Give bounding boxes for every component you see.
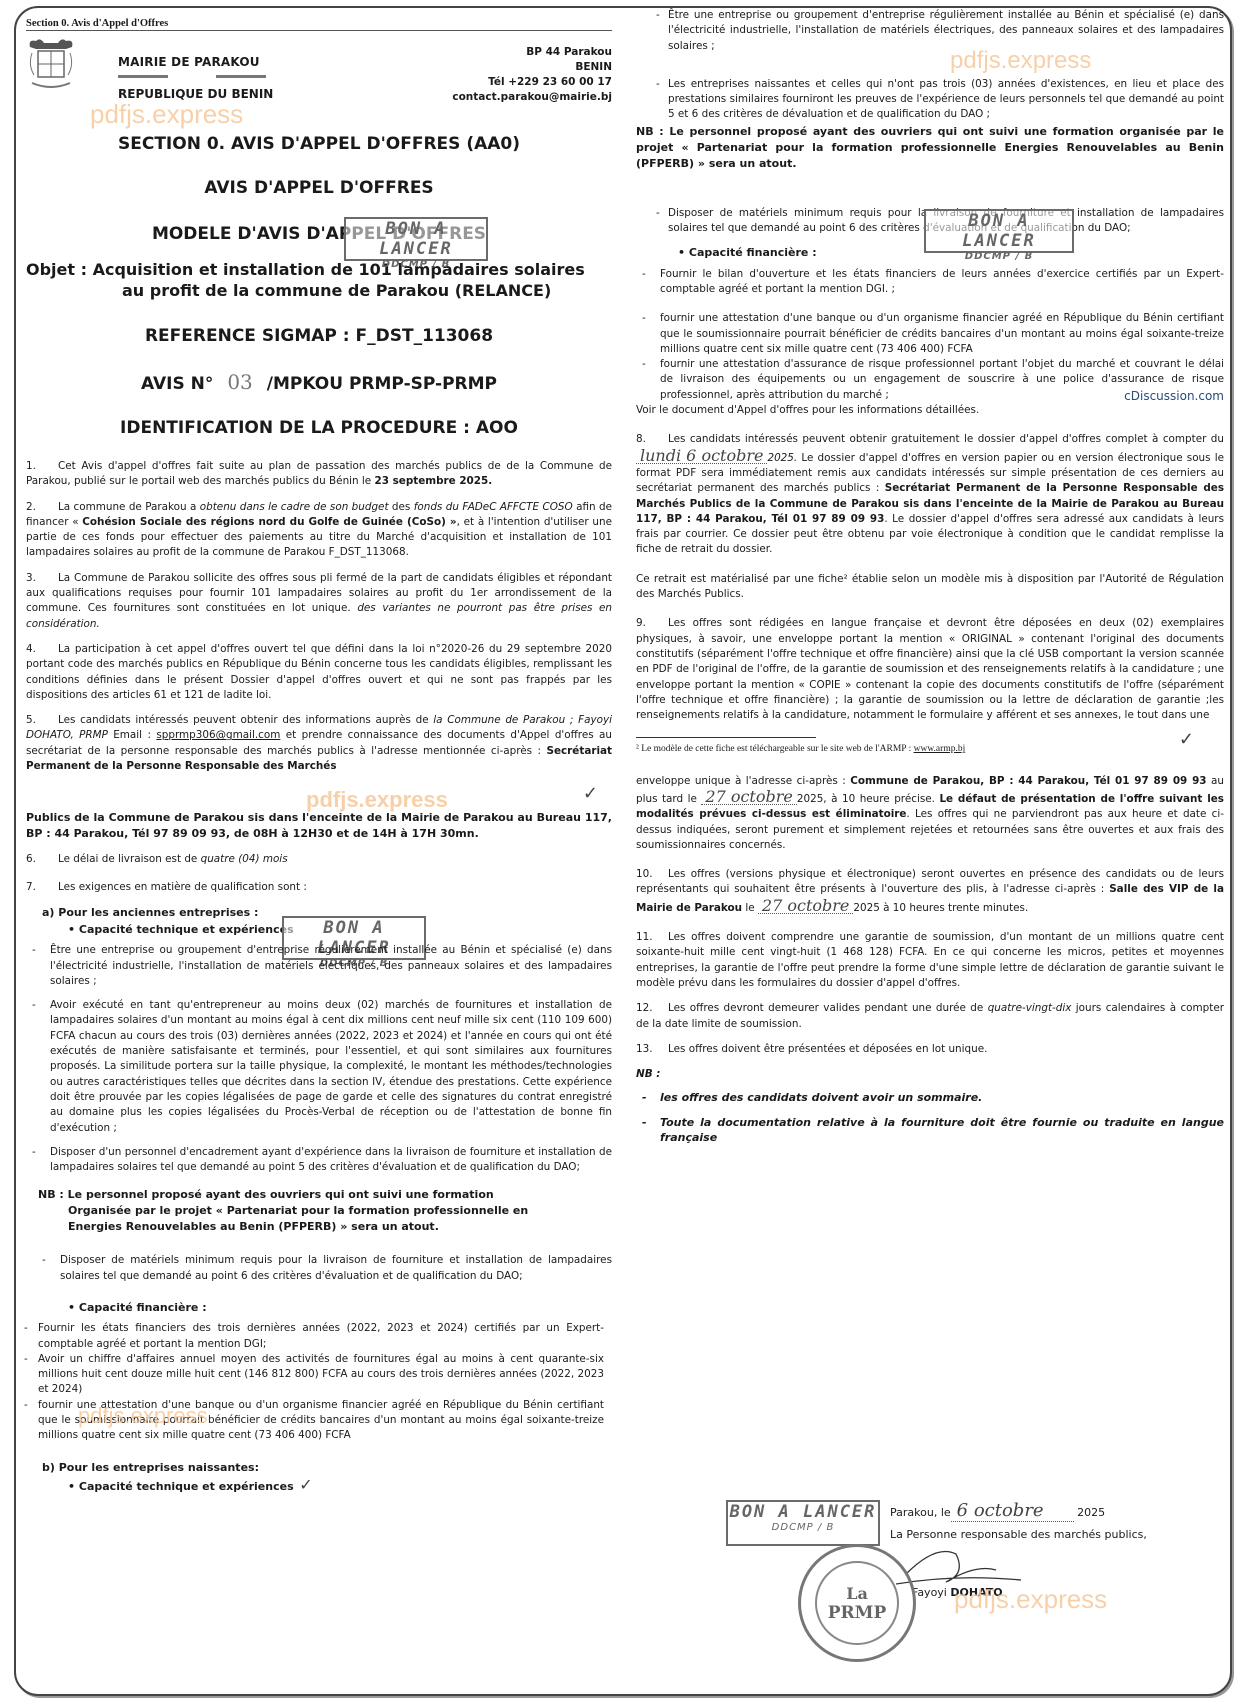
coat-of-arms-icon [26, 37, 76, 93]
signature-year: 2025 [1077, 1506, 1105, 1519]
paragraph-text: enveloppe unique à l'adresse ci-après : [636, 775, 850, 787]
paragraph-text: Les offres sont rédigées en langue franç… [636, 617, 1224, 721]
handwritten-deadline: 27 octobre [701, 789, 796, 805]
contact-email: contact.parakou@mairie.bj [452, 90, 612, 105]
subsection-b: b) Pour les entreprises naissantes: [42, 1460, 612, 1475]
letterhead: MAIRIE DE PARAKOU REPUBLIQUE DU BENIN BP… [26, 31, 612, 113]
paragraph-text: Cet Avis d'appel d'offres fait suite au … [26, 460, 612, 487]
footnote: ² Le modèle de cette fiche est télécharg… [636, 742, 1224, 757]
voir-document-note: Voir le document d'Appel d'offres pour l… [636, 403, 1224, 418]
paragraph-text: 2025 à 10 heures trente minutes. [853, 902, 1028, 914]
paragraph-number: 5. [26, 713, 58, 728]
modele-title: MODELE D'AVIS D'APPEL D'OFFRES BON A LAN… [26, 223, 612, 245]
paragraph-2: 2.La commune de Parakou a obtenu dans le… [26, 500, 612, 561]
bullet-text: Capacité technique et expériences [79, 1480, 294, 1493]
stamp-subtext: DDCMP / B [728, 1522, 878, 1533]
checkmark-icon: ✓ [1179, 732, 1194, 747]
paragraph-number: 2. [26, 500, 58, 515]
stamp-text: BON A LANCER [346, 219, 486, 259]
retrait-note: Ce retrait est matérialisé par une fiche… [636, 572, 1224, 603]
paragraph-7: 7.Les exigences en matière de qualificat… [26, 880, 612, 895]
nb-note: NB : Le personnel proposé ayant des ouvr… [636, 124, 1224, 172]
bon-a-lancer-stamp: BON A LANCER DDCMP / B [726, 1500, 880, 1546]
seal-text: La [846, 1584, 868, 1603]
nb-item: Toute la documentation relative à la fou… [636, 1115, 1224, 1146]
delivery-delay: quatre (04) mois [201, 853, 288, 865]
paragraph-9-continued: enveloppe unique à l'adresse ci-après : … [636, 774, 1224, 853]
paragraph-text: des [389, 501, 414, 513]
contact-block: BP 44 Parakou BENIN Tél +229 23 60 00 17… [452, 45, 612, 105]
bullet-text: Capacité financière : [689, 246, 817, 259]
paragraph-text: 2025, à 10 heure précise. [797, 793, 940, 805]
paragraph-5: 5.Les candidats intéressés peuvent obten… [26, 713, 612, 774]
nb-line: Energies Renouvelables au Benin (PFPERB)… [38, 1219, 612, 1235]
paragraph-12: 12.Les offres devront demeurer valides p… [636, 1001, 1224, 1032]
financial-item: fournir une attestation d'une banque ou … [636, 311, 1224, 357]
checkmark-icon: ✓ [583, 786, 598, 802]
nb-label: NB : [636, 1067, 1224, 1082]
seal-text: PRMP [828, 1603, 887, 1623]
paragraph-text: Le délai de livraison est de [58, 853, 201, 865]
validity-duration: quatre-vingt-dix [988, 1002, 1072, 1014]
paragraph-text: Les candidats intéressés peuvent obtenir… [668, 433, 1224, 445]
signature-block: BON A LANCER DDCMP / B Parakou, le6 octo… [726, 1492, 1216, 1692]
handwritten-signature-date: 6 octobre [951, 1500, 1074, 1522]
stamp-text: BON A LANCER [728, 1502, 878, 1522]
address-text: Commune de Parakou, BP : 44 Parakou, Tél… [850, 775, 1206, 787]
paragraph-number: 3. [26, 571, 58, 586]
paragraph-text: Les offres doivent comprendre une garant… [636, 931, 1224, 989]
paragraph-text: La commune de Parakou a [58, 501, 200, 513]
avis-number-prefix: AVIS N° [141, 374, 213, 394]
paragraph-text: La participation à cet appel d'offres ou… [26, 643, 612, 701]
divider [118, 75, 168, 78]
mairie-name: MAIRIE DE PARAKOU [118, 55, 260, 69]
paragraph-number: 10. [636, 867, 668, 882]
paragraph-text: obtenu dans le cadre de son budget [200, 501, 389, 513]
paragraph-11: 11.Les offres doivent comprendre une gar… [636, 930, 1224, 991]
bon-a-lancer-stamp: BON A LANCER DDCMP / B [924, 209, 1074, 253]
bullet-capacite-financiere: • Capacité financière : BON A LANCER DDC… [678, 245, 1224, 260]
paragraph-number: 13. [636, 1042, 668, 1057]
paragraph-text: Email : [108, 729, 157, 741]
paragraph-number: 1. [26, 459, 58, 474]
watermark: cDiscussion.com [1124, 389, 1224, 404]
bullet-capacite-technique: • Capacité technique et expériences BON … [68, 922, 612, 937]
checkmark-icon: ✓ [294, 1475, 313, 1494]
requirement-item: Disposer de matériels minimum requis pou… [36, 1253, 612, 1284]
bullet-capacite-financiere: • Capacité financière : [68, 1300, 612, 1315]
email-link[interactable]: spprmp306@gmail.com [156, 729, 280, 741]
requirement-item: Être une entreprise ou groupement d'entr… [26, 943, 612, 989]
avis-number: AVIS N°03/MPKOU PRMP-SP-PRMP [26, 371, 612, 395]
paragraph-text: le [742, 902, 758, 914]
program-name: Cohésion Sociale des régions nord du Gol… [82, 516, 456, 528]
republique-name: REPUBLIQUE DU BENIN [118, 87, 273, 101]
requirement-item: Être une entreprise ou groupement d'entr… [650, 8, 1224, 54]
nb-line: NB : Le personnel proposé ayant des ouvr… [38, 1188, 494, 1201]
paragraph-text: Les offres devront demeurer valides pend… [668, 1002, 988, 1014]
address-text: Publics de la Commune de Parakou sis dan… [26, 811, 612, 840]
bullet-text: Capacité technique et expériences [79, 923, 294, 936]
paragraph-number: 9. [636, 616, 668, 631]
footnote-text: ² Le modèle de cette fiche est télécharg… [636, 744, 914, 754]
section-title: SECTION 0. AVIS D'APPEL D'OFFRES (AA0) [26, 133, 612, 155]
bullet-text: Capacité financière : [79, 1301, 207, 1314]
signatory-name: Fayoyi DOHATO [912, 1586, 1003, 1599]
paragraph-text: Les offres doivent être présentées et dé… [668, 1043, 987, 1055]
paragraph-text: Les candidats intéressés peuvent obtenir… [58, 714, 433, 726]
contact-bp: BP 44 Parakou [452, 45, 612, 60]
financial-item: Avoir un chiffre d'affaires annuel moyen… [18, 1352, 604, 1398]
paragraph-4: 4.La participation à cet appel d'offres … [26, 642, 612, 703]
paragraph-text: fonds du FADeC AFFCTE COSO [414, 501, 573, 513]
footnote-divider [636, 737, 816, 738]
stamp-subtext: DDCMP / B [346, 259, 486, 270]
paragraph-8: 8.Les candidats intéressés peuvent obten… [636, 432, 1224, 557]
requirement-item: Avoir exécuté en tant qu'entrepreneur au… [26, 998, 612, 1136]
requirement-item: Les entreprises naissantes et celles qui… [650, 77, 1224, 123]
stamp-text: BON A LANCER [926, 211, 1072, 251]
procedure-title: IDENTIFICATION DE LA PROCEDURE : AOO [26, 417, 612, 439]
objet: Objet : Acquisition et installation de 1… [26, 259, 612, 301]
right-column: Être une entreprise ou groupement d'entr… [636, 8, 1224, 1154]
handwritten-date: lundi 6 octobre [636, 448, 767, 464]
nb-line: Organisée par le projet « Partenariat po… [38, 1203, 612, 1219]
paragraph-5-continued: Publics de la Commune de Parakou sis dan… [26, 810, 612, 842]
signatory-first-name: Fayoyi [912, 1586, 950, 1599]
signatory-last-name: DOHATO [950, 1586, 1002, 1599]
paragraph-13: 13.Les offres doivent être présentées et… [636, 1042, 1224, 1057]
reference-sigmap: REFERENCE SIGMAP : F_DST_113068 [26, 325, 612, 347]
bullet-capacite-technique-b: • Capacité technique et expériences ✓ [68, 1477, 612, 1494]
paragraph-number: 6. [26, 852, 58, 867]
bon-a-lancer-stamp: BON A LANCER DDCMP / B [344, 217, 488, 261]
stamp-subtext: DDCMP / B [926, 251, 1072, 262]
avis-title: AVIS D'APPEL D'OFFRES [26, 177, 612, 199]
paragraph-1: 1.Cet Avis d'appel d'offres fait suite a… [26, 459, 612, 490]
armp-link[interactable]: www.armp.bj [914, 744, 966, 754]
contact-country: BENIN [452, 60, 612, 75]
left-column: Section 0. Avis d'Appel d'Offres MAIRIE … [26, 18, 612, 1500]
publication-date: 23 septembre 2025. [375, 475, 493, 487]
paragraph-number: 11. [636, 930, 668, 945]
paragraph-10: 10.Les offres (versions physique et élec… [636, 867, 1224, 916]
signature-place: Parakou, le [890, 1506, 951, 1519]
objet-line-2: au profit de la commune de Parakou (RELA… [26, 280, 612, 301]
financial-item: fournir une attestation d'une banque ou … [18, 1398, 604, 1444]
contact-phone: Tél +229 23 60 00 17 [452, 75, 612, 90]
voir-text: Voir le document d'Appel d'offres pour l… [636, 404, 979, 416]
financial-item: Fournir le bilan d'ouverture et les état… [636, 267, 1224, 298]
paragraph-number: 7. [26, 880, 58, 895]
financial-item: Fournir les états financiers des trois d… [18, 1321, 604, 1352]
paragraph-text: Les exigences en matière de qualificatio… [58, 881, 307, 893]
paragraph-number: 4. [26, 642, 58, 657]
divider [216, 75, 266, 78]
paragraph-9: 9.Les offres sont rédigées en langue fra… [636, 616, 1224, 723]
signatory-role: La Personne responsable des marchés publ… [890, 1528, 1147, 1541]
section-label: Section 0. Avis d'Appel d'Offres [26, 18, 612, 31]
paragraph-3: 3.La Commune de Parakou sollicite des of… [26, 571, 612, 632]
nb-item: les offres des candidats doivent avoir u… [636, 1090, 1224, 1105]
financial-item-text: fournir une attestation d'une banque ou … [38, 1399, 604, 1442]
signature-date: Parakou, le6 octobre 2025 [890, 1500, 1210, 1522]
requirement-text: Les entreprises naissantes et celles qui… [668, 78, 1224, 121]
avis-number-suffix: /MPKOU PRMP-SP-PRMP [267, 374, 497, 394]
avis-number-handwritten: 03 [213, 370, 266, 394]
paragraph-number: 12. [636, 1001, 668, 1016]
paragraph-6: 6.Le délai de livraison est de quatre (0… [26, 852, 612, 867]
requirement-item: Disposer d'un personnel d'encadrement ay… [26, 1145, 612, 1176]
official-seal: La PRMP [798, 1544, 916, 1662]
paragraph-text: 2025. [767, 452, 797, 464]
seal-inner: La PRMP [815, 1561, 899, 1645]
handwritten-opening-date: 27 octobre [758, 898, 853, 914]
nb-note: NB : Le personnel proposé ayant des ouvr… [38, 1187, 612, 1235]
objet-line-1: Objet : Acquisition et installation de 1… [26, 260, 585, 279]
